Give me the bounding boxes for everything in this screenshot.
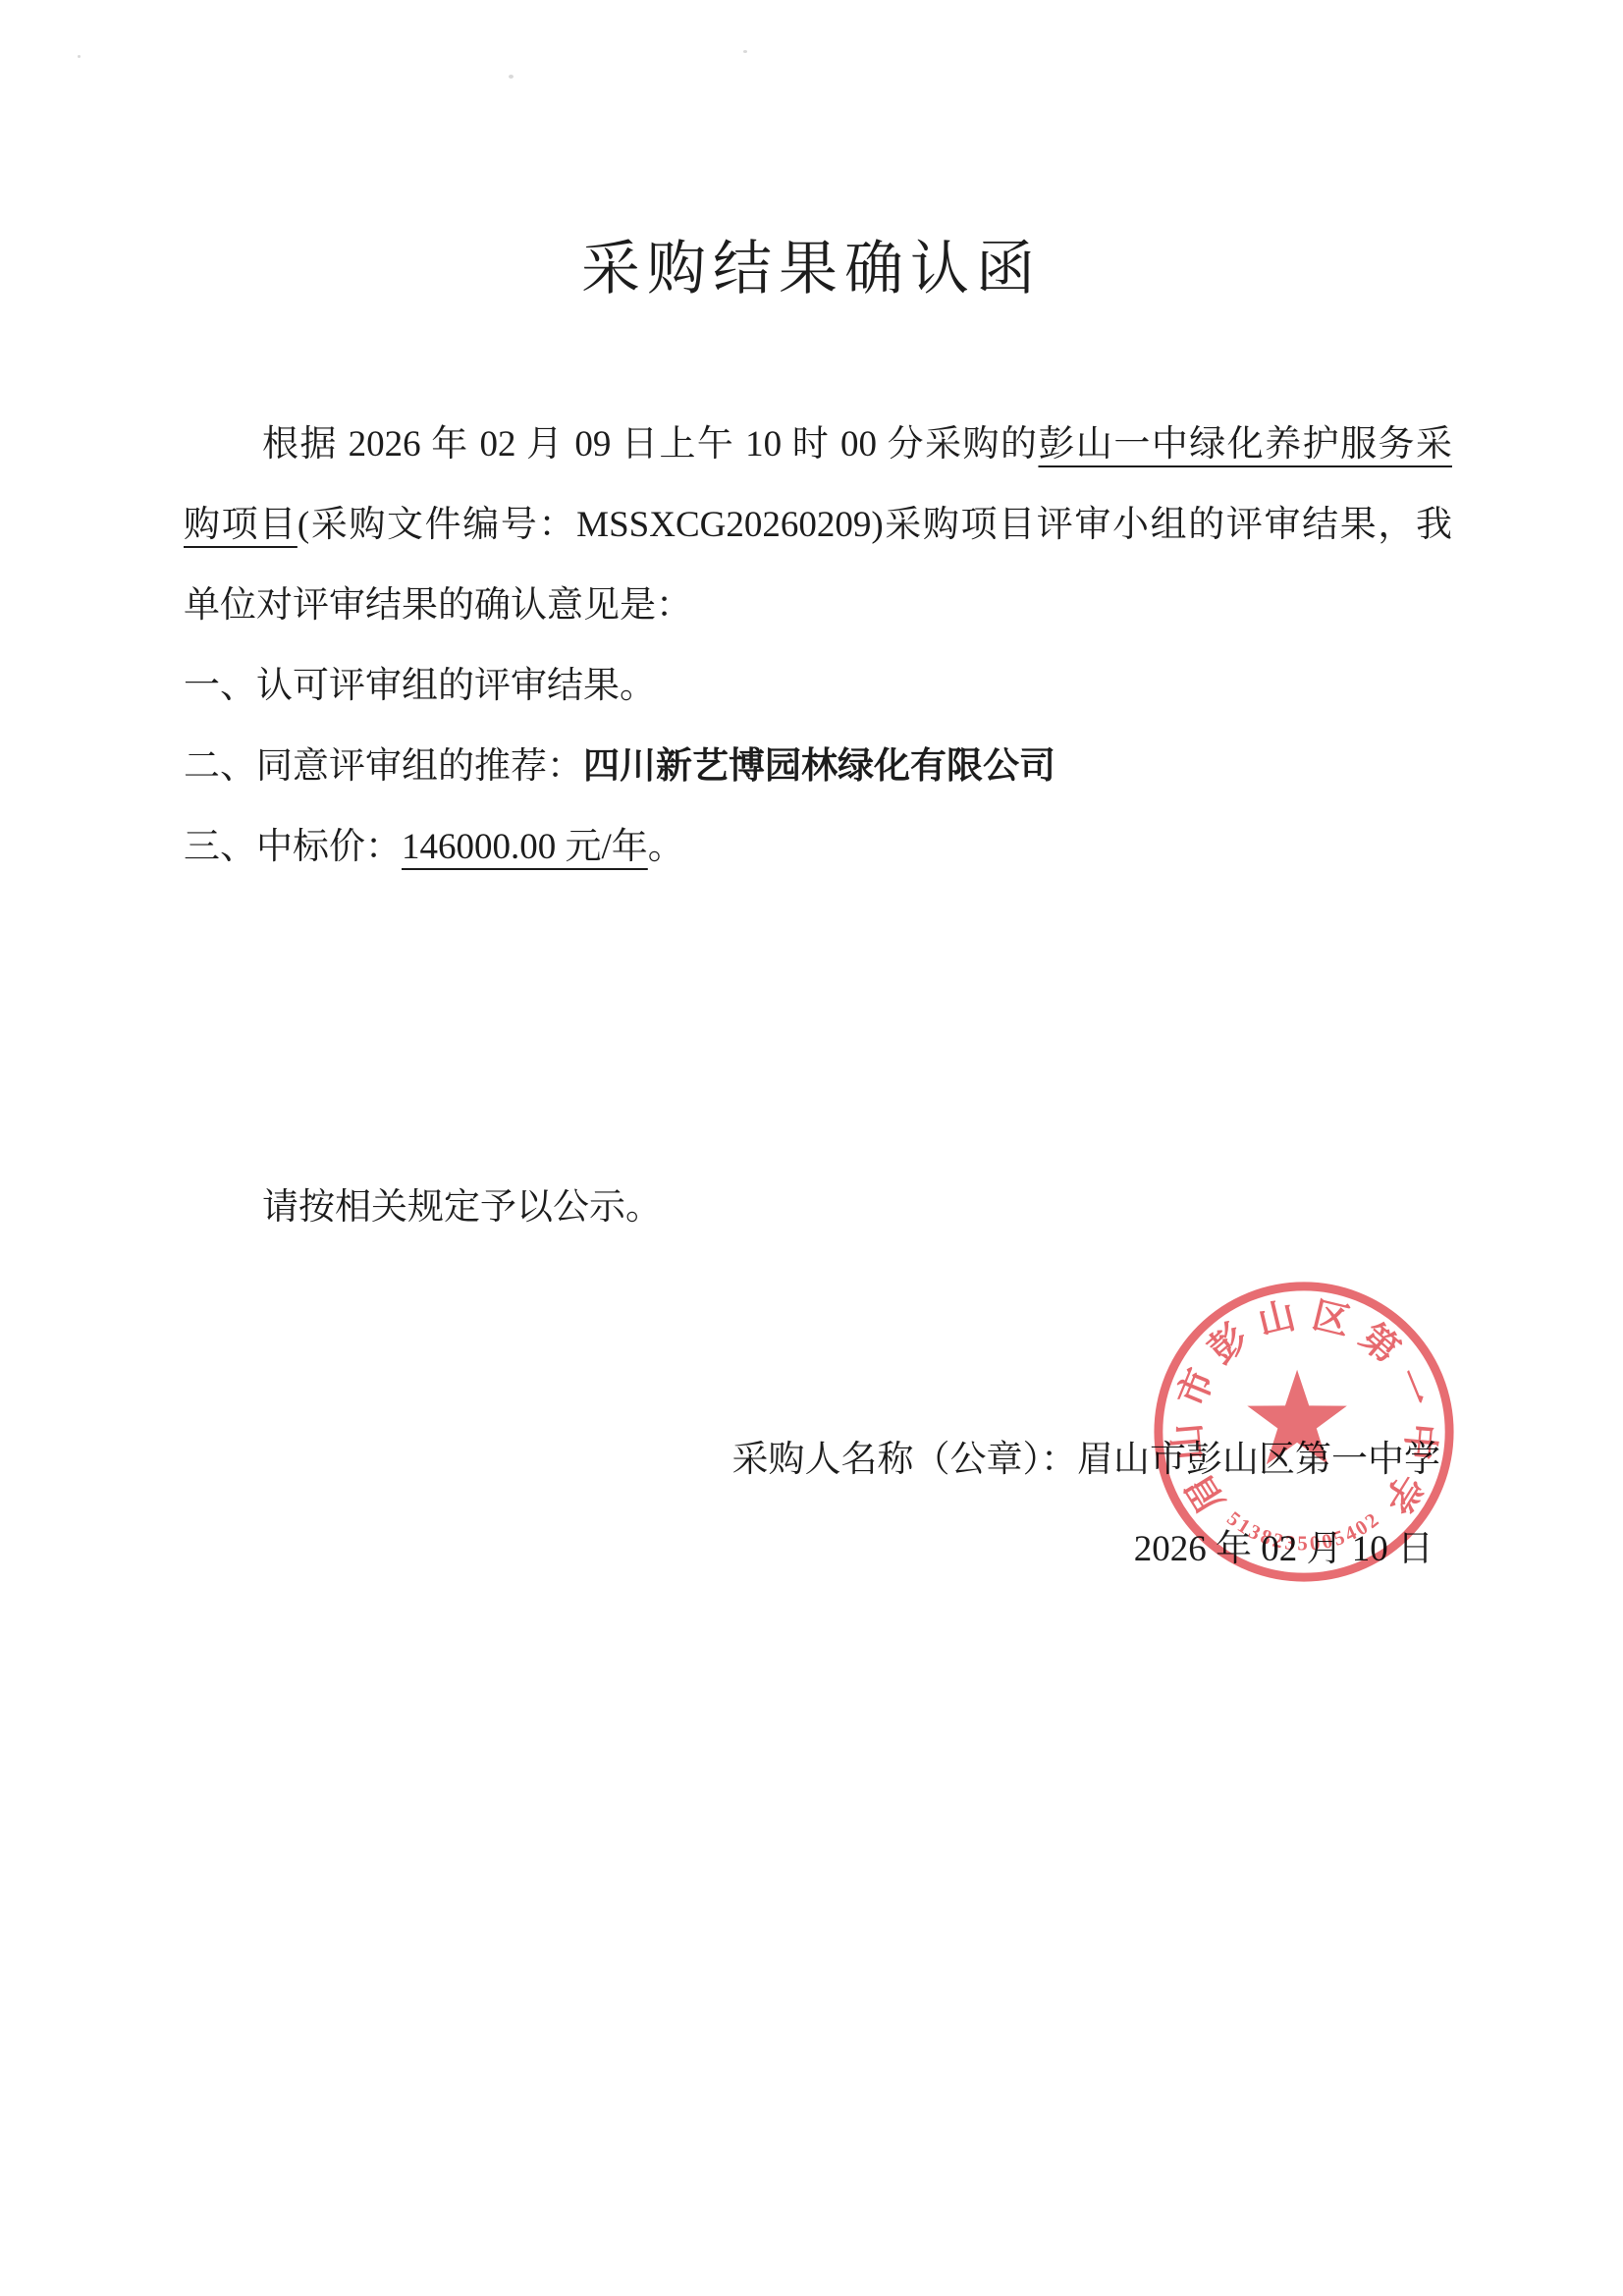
seal-star-icon bbox=[1247, 1370, 1347, 1464]
seal-arc-char: 区 bbox=[1308, 1295, 1353, 1343]
document-title: 采购结果确认函 bbox=[0, 222, 1623, 306]
underlined-project-name: 购项目 bbox=[184, 505, 298, 545]
paragraph-line-2: 购项目(采购文件编号：MSSXCG20260209)采购项目评审小组的评审结果，… bbox=[184, 485, 1452, 566]
scan-speck bbox=[509, 75, 514, 79]
winning-price: 146000.00 元/年 bbox=[402, 827, 648, 867]
seal-arc-char: 一 bbox=[1385, 1363, 1436, 1412]
list-item-1: 一、认可评审组的评审结果。 bbox=[184, 646, 1452, 727]
scanned-document-page: 采购结果确认函 根据 2026 年 02 月 09 日上午 10 时 00 分采… bbox=[0, 0, 1623, 2296]
seal-arc-char: 山 bbox=[1254, 1295, 1299, 1343]
paragraph-text: 根据 2026 年 02 月 09 日上午 10 时 00 分采购的 bbox=[262, 424, 1038, 465]
list-item-text: 二、同意评审组的推荐： bbox=[184, 746, 583, 787]
list-item-text: 三、中标价： bbox=[184, 827, 402, 867]
paragraph-line-1: 根据 2026 年 02 月 09 日上午 10 时 00 分采购的彭山一中绿化… bbox=[184, 405, 1452, 485]
list-item-3: 三、中标价：146000.00 元/年。 bbox=[184, 807, 1452, 888]
scan-speck bbox=[743, 50, 747, 53]
list-item-2: 二、同意评审组的推荐：四川新艺博园林绿化有限公司 bbox=[184, 727, 1452, 807]
publicity-note: 请按相关规定予以公示。 bbox=[184, 1181, 662, 1234]
seal-arc-char: 山 bbox=[1167, 1422, 1211, 1462]
official-seal-stamp: 眉 山 市 彭 山 区 第 一 中 学 5138235005402 bbox=[1149, 1277, 1459, 1587]
seal-number: 5138235005402 bbox=[1222, 1507, 1384, 1555]
paragraph-line-3: 单位对评审结果的确认意见是： bbox=[184, 566, 1452, 646]
signature-label: 采购人名称（公章）： bbox=[732, 1440, 1078, 1480]
winning-company-name: 四川新艺博园林绿化有限公司 bbox=[583, 746, 1055, 787]
seal-arc-char: 市 bbox=[1170, 1363, 1222, 1413]
paragraph-text: (采购文件编号：MSSXCG20260209)采购项目评审小组的评审结果，我 bbox=[298, 505, 1452, 545]
list-item-text: 。 bbox=[648, 827, 684, 867]
document-body: 根据 2026 年 02 月 09 日上午 10 时 00 分采购的彭山一中绿化… bbox=[184, 405, 1452, 888]
scan-speck bbox=[78, 55, 81, 58]
underlined-project-name: 彭山一中绿化养护服务采 bbox=[1038, 424, 1452, 465]
seal-arc-char: 中 bbox=[1397, 1422, 1441, 1462]
